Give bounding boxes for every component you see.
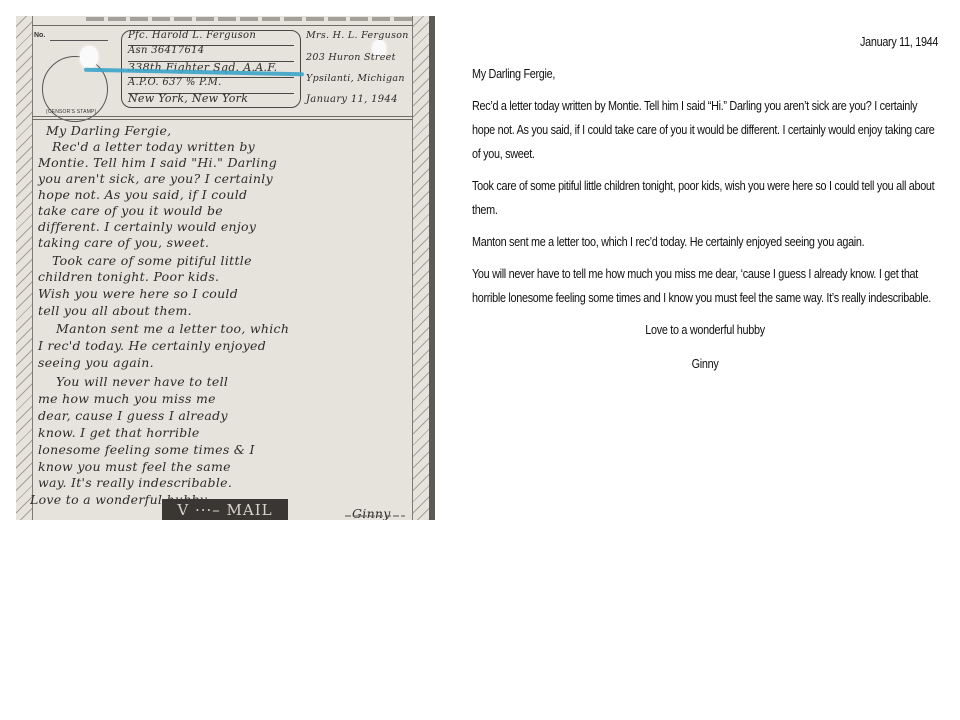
vmail-letter-scan: No. (CENSOR'S STAMP) Pfc. Harold L. Ferg…	[16, 16, 435, 520]
handwritten-line: tell you all about them.	[38, 303, 192, 318]
handwritten-line: My Darling Fergie,	[46, 123, 171, 138]
page: No. (CENSOR'S STAMP) Pfc. Harold L. Ferg…	[0, 0, 960, 720]
hatched-border-left	[16, 16, 32, 520]
hatched-border-right	[413, 16, 429, 520]
handwritten-signature: Ginny	[352, 506, 391, 520]
handwritten-line: I rec'd today. He certainly enjoyed	[38, 338, 266, 353]
handwritten-line: you aren't sick, are you? I certainly	[38, 171, 273, 186]
handwritten-line: Montie. Tell him I said "Hi." Darling	[38, 155, 277, 170]
handwritten-line: know you must feel the same	[38, 459, 231, 474]
recipient-line: New York, New York	[128, 92, 248, 105]
letter-transcription: January 11, 1944 My Darling Fergie, Rec’…	[472, 30, 938, 376]
handwritten-line: seeing you again.	[38, 355, 154, 370]
handwritten-line: lonesome feeling some times & I	[38, 442, 255, 457]
handwritten-line: taking care of you, sweet.	[38, 235, 209, 250]
handwritten-line: Manton sent me a letter too, which	[56, 321, 289, 336]
recipient-line: Asn 36417614	[128, 45, 204, 56]
letter-paragraph: Manton sent me a letter too, which I rec…	[472, 230, 938, 254]
handwritten-line: You will never have to tell	[56, 374, 228, 389]
letter-paragraph: Rec’d a letter today written by Montie. …	[472, 94, 938, 166]
handwritten-line: Took care of some pitiful little	[52, 253, 252, 268]
sender-line: Ypsilanti, Michigan	[306, 73, 405, 84]
recipient-line: Pfc. Harold L. Ferguson	[128, 30, 256, 41]
vmail-banner: V ···– MAIL	[162, 499, 288, 520]
punch-hole	[80, 46, 98, 68]
letter-paragraph: You will never have to tell me how much …	[472, 262, 938, 310]
sender-line: 203 Huron Street	[306, 52, 396, 63]
letter-paragraph: Took care of some pitiful little childre…	[472, 174, 938, 222]
form-number-label: No.	[34, 32, 45, 39]
handwritten-line: Wish you were here so I could	[38, 286, 238, 301]
handwritten-line: me how much you miss me	[38, 391, 216, 406]
recipient-line: A.P.O. 637 % P.M.	[128, 77, 222, 88]
letter-signature: Ginny	[472, 352, 938, 376]
handwritten-line: hope not. As you said, if I could	[38, 187, 247, 202]
scan-edge-shadow	[429, 16, 435, 520]
handwritten-line: different. I certainly would enjoy	[38, 219, 256, 234]
handwritten-line: way. It's really indescribable.	[38, 475, 232, 490]
letter-closing: Love to a wonderful hubby	[472, 318, 938, 342]
handwritten-line: children tonight. Poor kids.	[38, 269, 219, 284]
sender-line: Mrs. H. L. Ferguson	[306, 30, 409, 41]
sender-line: January 11, 1944	[306, 94, 398, 105]
handwritten-line: take care of you it would be	[38, 203, 223, 218]
censor-stamp-label: (CENSOR'S STAMP)	[46, 109, 96, 115]
letter-date: January 11, 1944	[472, 30, 938, 54]
form-instructions-print	[86, 17, 416, 21]
handwritten-line: Rec'd a letter today written by	[52, 139, 255, 154]
letter-salutation: My Darling Fergie,	[472, 62, 938, 86]
handwritten-line: know. I get that horrible	[38, 425, 200, 440]
form-footer-print	[345, 515, 405, 517]
handwritten-line: dear, cause I guess I already	[38, 408, 228, 423]
